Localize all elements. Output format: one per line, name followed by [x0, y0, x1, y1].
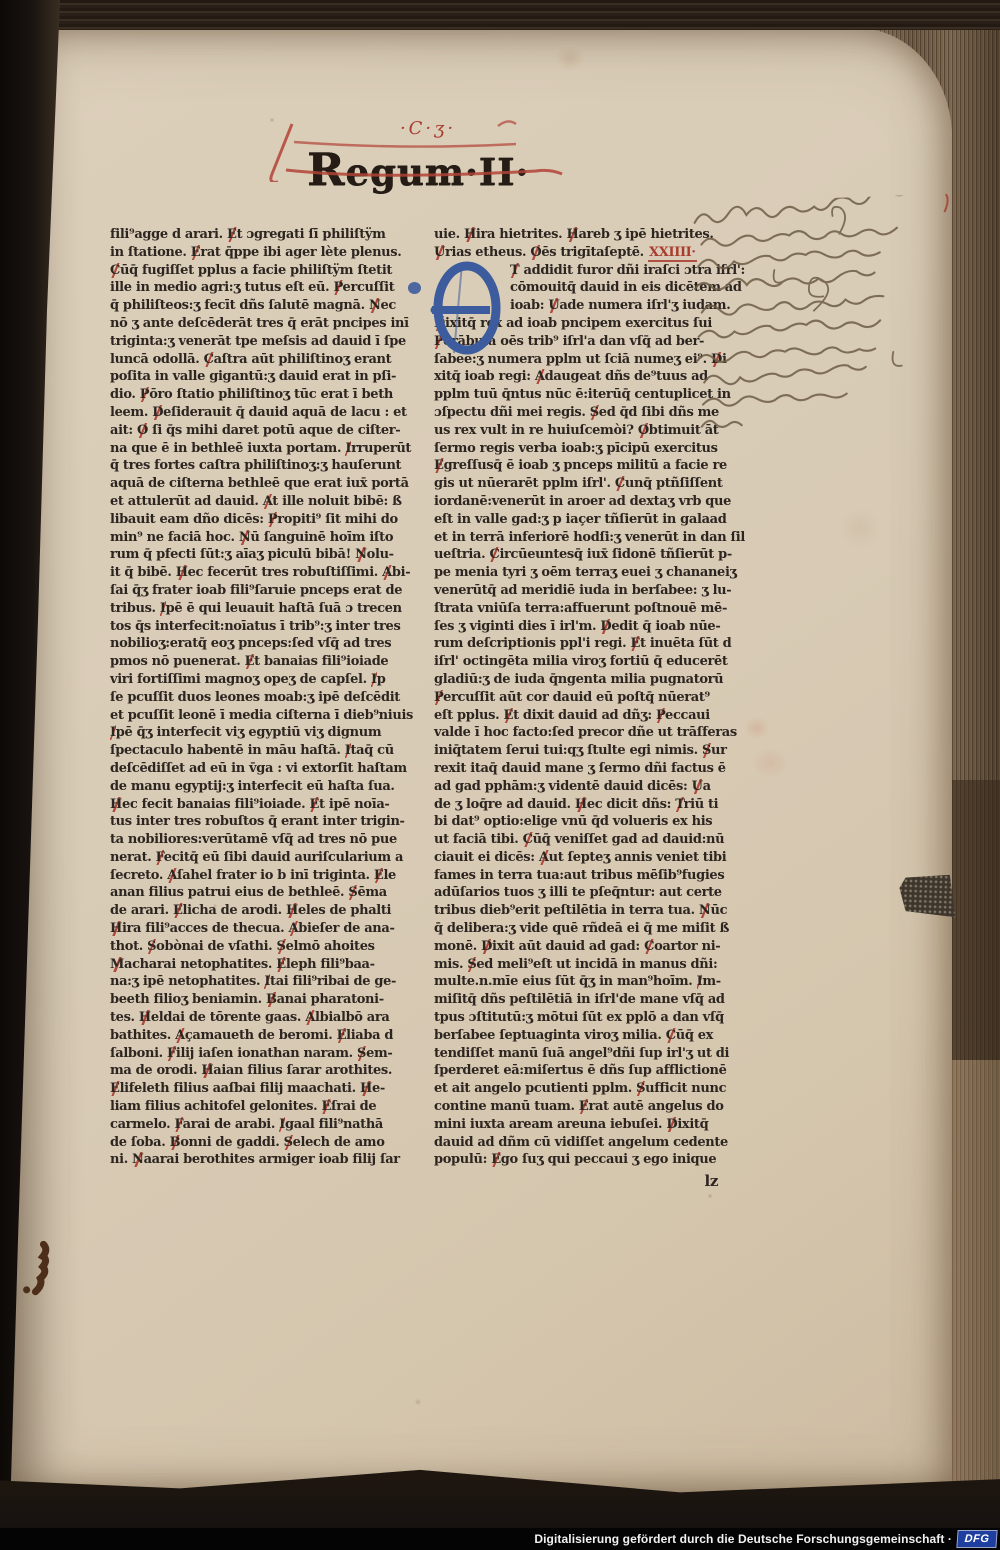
page-header: ·C·ʒ· Regum·II·: [268, 118, 568, 196]
text-line: eſt in valle gad:ʒ p iaçer tñſierūt in g…: [434, 511, 756, 529]
text-line: q̄ philiſteos:ʒ fecīt dñs ſalutē magnā. …: [110, 297, 432, 315]
text-line: mini iuxta aream areuna iebuſei. Dixitq̄: [434, 1116, 756, 1134]
text-line: multe.n.mīe eius ſūt q̄ʒ in man⁹hoīm. Im…: [434, 973, 756, 991]
text-line: de manu egyptij:ʒ interfecit eū haſta ſu…: [110, 778, 432, 796]
text-line: et ait angelo pcutienti pplm. Sufficit n…: [434, 1080, 756, 1098]
text-line: ut faciā tibi. Cūq̄ veniſſet gad ad daui…: [434, 831, 756, 849]
footer-bar: Digitalisierung gefördert durch die Deut…: [0, 1528, 1000, 1550]
text-line: de ʒ loq̄re ad dauid. Hec dicit dñs: Tri…: [434, 796, 756, 814]
text-line: bi dat⁹ optio:elige vnū q̄d volueris ex …: [434, 813, 756, 831]
text-line: it q̄ bibē. Hec fecerūt tres robuſtiſſim…: [110, 564, 432, 582]
text-line: viri fortiſſimi magnoʒ opeʒ de capſel. I…: [110, 671, 432, 689]
text-line: tes. Heldai de tōrente gaas. Albialbō ar…: [110, 1009, 432, 1027]
book-fore-edge-dark-band: [946, 780, 1000, 1060]
text-line: pmos nō puenerat. Et banaias fili⁹ioiade: [110, 653, 432, 671]
text-line: anan filius patrui eius de bethleē. Sēma: [110, 884, 432, 902]
text-line: Cūq̄ fugiſſet pplus a facie philiſtÿm ſt…: [110, 262, 432, 280]
text-line: ſalboni. Filij iaſen ionathan naram. Sem…: [110, 1045, 432, 1063]
text-line: ueſtria. Circūeuntesq̄ iux̄ ſidonē tñſie…: [434, 546, 756, 564]
signature-mark: lz: [704, 1172, 718, 1190]
marginalia-note: [688, 193, 978, 439]
text-line: ta nobiliores:verūtamē vſq̄ ad tres nō p…: [110, 831, 432, 849]
text-line: adūſarios tuos ʒ illi te pſeq̄ntur: aut …: [434, 884, 756, 902]
text-line: berſabee ſeptuaginta viroʒ milia. Cūq̄ e…: [434, 1027, 756, 1045]
drop-cap-initial-E: [430, 259, 502, 357]
text-line: libauit eam dño dicēs: Propiti⁹ ſit mihi…: [110, 511, 432, 529]
blue-ink-dot: [408, 282, 421, 294]
text-line: iordanē:venerūt in aroer ad dextaʒ vrb q…: [434, 493, 756, 511]
text-line: ſe pcuſſit duos leones moab:ʒ ipē deſcēd…: [110, 689, 432, 707]
text-line: dauid ad dñm cū vidiſſet angelum cedente: [434, 1134, 756, 1152]
text-line: valde ī hoc facto:ſed precor dñe ut trāſ…: [434, 724, 756, 742]
text-line: de arari. Elicha de arodi. Heles de phal…: [110, 902, 432, 920]
text-line: q̄ tres fortes caſtra philiſtinoʒ:ʒ hauſ…: [110, 457, 432, 475]
running-mark: ·C·ʒ·: [278, 118, 578, 139]
text-line: et in terrā inferiorē hodſi:ʒ venerūt in…: [434, 529, 756, 547]
text-line: poſita in valle gigantū:ʒ dauid erat in …: [110, 368, 432, 386]
text-line: gis ut nūerarēt pplm iſrl'. Cunq̄ ptñſiſ…: [434, 475, 756, 493]
text-line: ait: O ſi q̄s mihi daret potū aque de ci…: [110, 422, 432, 440]
text-line: ille in medio agri:ʒ tutus eſt eū. Percu…: [110, 279, 432, 297]
text-line: contine manū tuam. Erat autē angelus do: [434, 1098, 756, 1116]
text-line: rexit itaq̄ dauid mane ʒ ſermo dñi factu…: [434, 760, 756, 778]
text-line: carmelo. Farai de arabi. Igaal fili⁹nath…: [110, 1116, 432, 1134]
text-line: Macharai netophatites. Eleph fili⁹baa-: [110, 956, 432, 974]
text-line: liam filius achitofel gelonites. Eſrai d…: [110, 1098, 432, 1116]
text-line: et pcuſſit leonē ī media ciſterna ī dieb…: [110, 707, 432, 725]
text-line: populū: Ego ſuʒ qui peccaui ʒ ego inique: [434, 1151, 756, 1169]
text-line: Hira fili⁹acces de thecua. Abieſer de an…: [110, 920, 432, 938]
text-line: tendiſſet manū ſuā angel⁹dñi ſup irl'ʒ u…: [434, 1045, 756, 1063]
text-line: ſermo regis verba ioab:ʒ pīcipū exercitu…: [434, 440, 756, 458]
text-line: fili⁹agge d arari. Et ɔgregati ſī philiſ…: [110, 226, 432, 244]
text-line: mis. Sed meli⁹eſt ut incidā in manus dñi…: [434, 956, 756, 974]
text-line: na:ʒ ipē netophatites. Itai fili⁹ribai d…: [110, 973, 432, 991]
dfg-logo: DFG: [956, 1530, 997, 1548]
text-line: ſes ʒ viginti dies ī irl'm. Dedit q̄ ioa…: [434, 618, 756, 636]
text-line: nobilioʒ:eratq̄ eoʒ pnceps:ſed vſq̄ ad t…: [110, 635, 432, 653]
text-line: triginta:ʒ venerāt tpe meſsis ad dauid ī…: [110, 333, 432, 351]
text-line: q̄ delibera:ʒ vide quē rñdeā ei q̄ me mi…: [434, 920, 756, 938]
text-line: Egreſſusq̄ ē ioab ʒ pnceps militū a faci…: [434, 457, 756, 475]
text-line: ma de orodi. Haian filius ſarar arothite…: [110, 1062, 432, 1080]
text-line: ciauit ei dicēs: Aut ſepteʒ annis veniet…: [434, 849, 756, 867]
text-line: tus inter tres robuſtos q̄ erant inter t…: [110, 813, 432, 831]
text-line: dio. Pōro ſtatio philiſtinoʒ tūc erat ī …: [110, 386, 432, 404]
text-line: ſai q̄ʒ frater ioab fili⁹ſaruie pnceps e…: [110, 582, 432, 600]
text-line: min⁹ ne faciā hoc. Nū ſanguinē hoīm iſto: [110, 529, 432, 547]
text-line: tpus ɔſtitutū:ʒ mōtui ſūt ex pplō a dan …: [434, 1009, 756, 1027]
footer-credit: Digitalisierung gefördert durch die Deut…: [534, 1532, 952, 1546]
text-line: Hec fecit banaias fili⁹ioiade. Et ipē no…: [110, 796, 432, 814]
text-line: Percuſſit aūt cor dauid eū poſtq̄ nūerat…: [434, 689, 756, 707]
text-line: ad gad pphām:ʒ videntē dauid dicēs: Ua: [434, 778, 756, 796]
book-top-edge: [0, 0, 1000, 30]
book-fore-edge-light-band: [946, 1060, 1000, 1490]
text-line: iniq̄tatem ſerui tui:qʒ ſtulte egi nimis…: [434, 742, 756, 760]
text-line: eſt pplus. Et dixit dauid ad dñʒ: Peccau…: [434, 707, 756, 725]
text-line: aquā de ciſterna bethleē que erat iux̄ p…: [110, 475, 432, 493]
text-line: venerūtq̄ ad meridiē iuda in berſabee: ʒ…: [434, 582, 756, 600]
text-line: tribus. Ipē ē qui leuauit haſtā ſuā ɔ tr…: [110, 600, 432, 618]
text-line: beeth filioʒ beniamin. Banai pharatoni-: [110, 991, 432, 1009]
page-title: Regum·II·: [268, 143, 568, 196]
text-line: bathites. Açamaueth de beromi. Eliaba d: [110, 1027, 432, 1045]
text-line: ni. Naarai berothites armiger ioab filij…: [110, 1151, 432, 1169]
text-line: iſrl' octingēta milia viroʒ fortiū q̄ ed…: [434, 653, 756, 671]
text-line: in ſtatione. Erat q̄ppe ibi ager lète pl…: [110, 244, 432, 262]
text-column-left: fili⁹agge d arari. Et ɔgregati ſī philiſ…: [110, 226, 432, 1178]
text-line: et attulerūt ad dauid. At ille noluit bi…: [110, 493, 432, 511]
text-line: tribus dieb⁹erit peſtilētia in terra tua…: [434, 902, 756, 920]
text-line: pe menia tyri ʒ oēm terraʒ euei ʒ chanan…: [434, 564, 756, 582]
text-line: de ſoba. Bonni de gaddi. Selech de amo: [110, 1134, 432, 1152]
text-line: gladiū:ʒ de iuda q̄ngenta milia pugnator…: [434, 671, 756, 689]
text-line: deſcēdiſſet ad eū in v̄ga : vi extorſit …: [110, 760, 432, 778]
text-line: tos q̄s interfecit:noīatus ī trib⁹:ʒ int…: [110, 618, 432, 636]
text-line: nerat. Fecitq̄ eū ſibi dauid auriſculari…: [110, 849, 432, 867]
text-line: Elifeleth filius aaſbai filij maachati. …: [110, 1080, 432, 1098]
text-line: leem. Deſiderauit q̄ dauid aquā de lacu …: [110, 404, 432, 422]
text-line: miſitq̄ dñs peſtilētiā in iſrl'de mane v…: [434, 991, 756, 1009]
text-line: na que ē in bethleē iuxta portam. Irrupe…: [110, 440, 432, 458]
text-line: monē. Dixit aūt dauid ad gad: Coartor ni…: [434, 938, 756, 956]
text-line: rum deſcriptionis ppl'i regi. Et inuēta …: [434, 635, 756, 653]
text-line: ſtrata vniūſa terra:affuerunt poſtnouē m…: [434, 600, 756, 618]
text-line: ſpectaculo habentē in māu haſtā. Itaq̄ c…: [110, 742, 432, 760]
text-line: thot. Sobònai de vſathi. Selmō ahoites: [110, 938, 432, 956]
text-line: fames in terra tua:aut tribus mēſib⁹fugi…: [434, 867, 756, 885]
text-line: Ipē q̄ʒ interfecit viʒ egyptiū viʒ dignu…: [110, 724, 432, 742]
text-line: ſecreto. Aſahel frater io b inī triginta…: [110, 867, 432, 885]
text-line: rum q̄ pfecti ſūt:ʒ aīaʒ piculū bibā! No…: [110, 546, 432, 564]
text-line: ſperderet eā:miſertus ē dñs ſup afflicti…: [434, 1062, 756, 1080]
text-line: nō ʒ ante deſcēderāt tres q̄ erāt pncipe…: [110, 315, 432, 333]
text-line: luncā odollā. Caſtra aūt philiſtinoʒ era…: [110, 351, 432, 369]
book-scan-photo: { "header": { "running_mark": "·C·ʒ·", "…: [0, 0, 1000, 1550]
